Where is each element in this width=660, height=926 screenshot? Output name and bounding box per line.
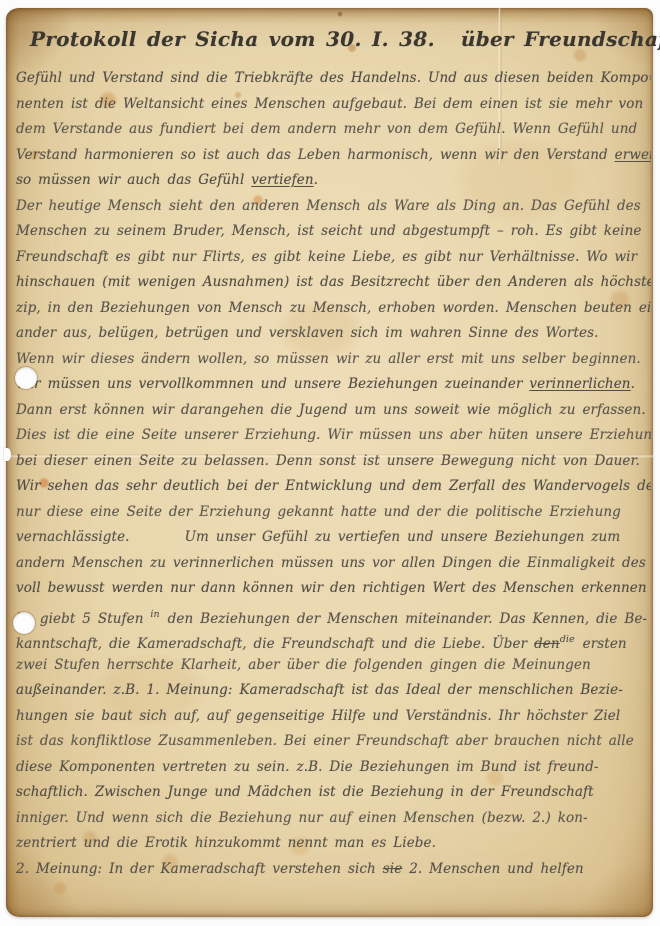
text-segment: verinnerlichen <box>529 376 630 392</box>
text-segment: andern Menschen zu verinnerlichen müssen… <box>16 555 651 571</box>
handwritten-line: schaftlich. Zwischen Junge und Mädchen i… <box>16 780 651 806</box>
text-segment: die <box>560 634 575 645</box>
handwritten-line: Wenn wir dieses ändern wollen, so müssen… <box>16 347 651 373</box>
handwritten-line: Dies ist die eine Seite unserer Erziehun… <box>16 423 651 449</box>
paper-sheet: Protokoll der Sicha vom 30. I. 38.über F… <box>6 8 653 917</box>
text-segment: ander aus, belügen, betrügen und verskla… <box>16 325 599 341</box>
text-segment: vernachlässigte. <box>16 529 130 545</box>
handwritten-line: nur diese eine Seite der Erziehung gekan… <box>16 500 651 526</box>
text-segment: zentriert und die Erotik hinzukommt nenn… <box>16 835 436 851</box>
text-segment: Wir sehen das sehr deutlich bei der Entw… <box>16 478 651 494</box>
handwritten-line: Es giebt 5 Stufen in den Beziehungen der… <box>16 602 651 628</box>
handwritten-line: Der heutige Mensch sieht den anderen Men… <box>16 194 651 220</box>
text-segment: Gefühl und Verstand sind die Triebkräfte… <box>16 70 651 86</box>
text-segment: Es giebt 5 Stufen <box>16 611 150 627</box>
page-title: Protokoll der Sicha vom 30. I. 38.über F… <box>16 20 651 66</box>
text-segment: nur diese eine Seite der Erziehung gekan… <box>16 504 621 520</box>
left-edge-tear <box>4 448 11 461</box>
text-segment: Um unser Gefühl zu vertiefen und unsere … <box>185 529 621 545</box>
handwritten-line: Wir sehen das sehr deutlich bei der Entw… <box>16 474 651 500</box>
punch-hole-bottom <box>13 612 35 634</box>
text-segment: erweitern <box>615 147 651 163</box>
scanned-document: Protokoll der Sicha vom 30. I. 38.über F… <box>0 0 660 926</box>
text-segment: hungen sie baut sich auf, auf gegenseiti… <box>16 708 620 724</box>
title-date-part: Protokoll der Sicha vom 30. I. 38. <box>30 27 435 51</box>
text-segment: Wir müssen uns vervollkommnen und unsere… <box>16 376 529 392</box>
text-segment: inniger. Und wenn sich die Beziehung nur… <box>16 810 588 826</box>
text-segment: in <box>150 609 159 620</box>
handwritten-line: zip, in den Beziehungen von Mensch zu Me… <box>16 296 651 322</box>
text-segment: voll bewusst werden nur dann können wir … <box>16 580 647 596</box>
text-segment: zwei Stufen herrschte Klarheit, aber übe… <box>16 657 591 673</box>
text-segment: ist das konfliktlose Zusammenleben. Bei … <box>16 733 634 749</box>
handwritten-line: Gefühl und Verstand sind die Triebkräfte… <box>16 66 651 92</box>
text-segment: Der heutige Mensch sieht den anderen Men… <box>16 198 641 214</box>
handwritten-line: nenten ist die Weltansicht eines Mensche… <box>16 92 651 118</box>
handwritten-line: bei dieser einen Seite zu belassen. Denn… <box>16 449 651 475</box>
text-segment: 2. Meinung: In der Kameradschaft versteh… <box>16 861 383 877</box>
text-segment: Freundschaft es gibt nur Flirts, es gibt… <box>16 249 637 265</box>
handwritten-line: Verstand harmonieren so ist auch das Leb… <box>16 143 651 169</box>
text-segment: diese Komponenten vertreten zu sein. z.B… <box>16 759 599 775</box>
handwritten-line: diese Komponenten vertreten zu sein. z.B… <box>16 755 651 781</box>
punch-hole-top <box>15 367 37 389</box>
handwritten-line: dem Verstande aus fundiert bei dem ander… <box>16 117 651 143</box>
handwritten-line: Freundschaft es gibt nur Flirts, es gibt… <box>16 245 651 271</box>
handwritten-line: so müssen wir auch das Gefühl vertiefen. <box>16 168 651 194</box>
text-segment: sie <box>383 861 403 877</box>
text-segment: bei dieser einen Seite zu belassen. Denn… <box>16 453 640 469</box>
text-segment: Dann erst können wir darangehen die Juge… <box>16 402 646 418</box>
text-segment: den Beziehungen der Menschen miteinander… <box>161 611 647 627</box>
handwritten-line: vernachlässigte.Um unser Gefühl zu verti… <box>16 525 651 551</box>
text-segment: kanntschaft, die Kameradschaft, die Freu… <box>16 636 534 652</box>
text-segment: 2. Menschen und helfen <box>402 861 583 877</box>
handwritten-line: inniger. Und wenn sich die Beziehung nur… <box>16 806 651 832</box>
text-segment: . <box>314 172 318 188</box>
text-segment: den <box>534 636 560 652</box>
handwritten-line: hinschauen (mit wenigen Ausnahmen) ist d… <box>16 270 651 296</box>
handwritten-line: hungen sie baut sich auf, auf gegenseiti… <box>16 704 651 730</box>
handwritten-line: zentriert und die Erotik hinzukommt nenn… <box>16 831 651 857</box>
handwritten-line: voll bewusst werden nur dann können wir … <box>16 576 651 602</box>
handwritten-line: Wir müssen uns vervollkommnen und unsere… <box>16 372 651 398</box>
handwritten-line: Menschen zu seinem Bruder, Mensch, ist s… <box>16 219 651 245</box>
text-segment: Dies ist die eine Seite unserer Erziehun… <box>16 427 651 443</box>
text-segment: Wenn wir dieses ändern wollen, so müssen… <box>16 351 641 367</box>
handwritten-line: 2. Meinung: In der Kameradschaft versteh… <box>16 857 651 883</box>
document-lines: Gefühl und Verstand sind die Triebkräfte… <box>16 66 651 882</box>
text-segment: ersten <box>576 636 627 652</box>
handwritten-line: Dann erst können wir darangehen die Juge… <box>16 398 651 424</box>
text-segment: . <box>631 376 635 392</box>
handwritten-line: ist das konfliktlose Zusammenleben. Bei … <box>16 729 651 755</box>
handwritten-line: zwei Stufen herrschte Klarheit, aber übe… <box>16 653 651 679</box>
text-segment: Verstand harmonieren so ist auch das Leb… <box>16 147 615 163</box>
text-segment: hinschauen (mit wenigen Ausnahmen) ist d… <box>16 274 651 290</box>
handwritten-line: kanntschaft, die Kameradschaft, die Freu… <box>16 627 651 653</box>
text-segment: nenten ist die Weltansicht eines Mensche… <box>16 96 643 112</box>
handwritten-content: Protokoll der Sicha vom 30. I. 38.über F… <box>16 20 651 882</box>
text-segment: vertiefen <box>251 172 313 188</box>
handwritten-line: außeinander. z.B. 1. Meinung: Kameradsch… <box>16 678 651 704</box>
text-segment: schaftlich. Zwischen Junge und Mädchen i… <box>16 784 594 800</box>
text-segment: so müssen wir auch das Gefühl <box>16 172 251 188</box>
text-segment: außeinander. z.B. 1. Meinung: Kameradsch… <box>16 682 623 698</box>
title-subject-part: über Freundschaft. <box>461 27 660 51</box>
text-segment: Menschen zu seinem Bruder, Mensch, ist s… <box>16 223 641 239</box>
handwritten-line: andern Menschen zu verinnerlichen müssen… <box>16 551 651 577</box>
handwritten-line: ander aus, belügen, betrügen und verskla… <box>16 321 651 347</box>
text-segment: zip, in den Beziehungen von Mensch zu Me… <box>16 300 651 316</box>
text-segment: dem Verstande aus fundiert bei dem ander… <box>16 121 637 137</box>
